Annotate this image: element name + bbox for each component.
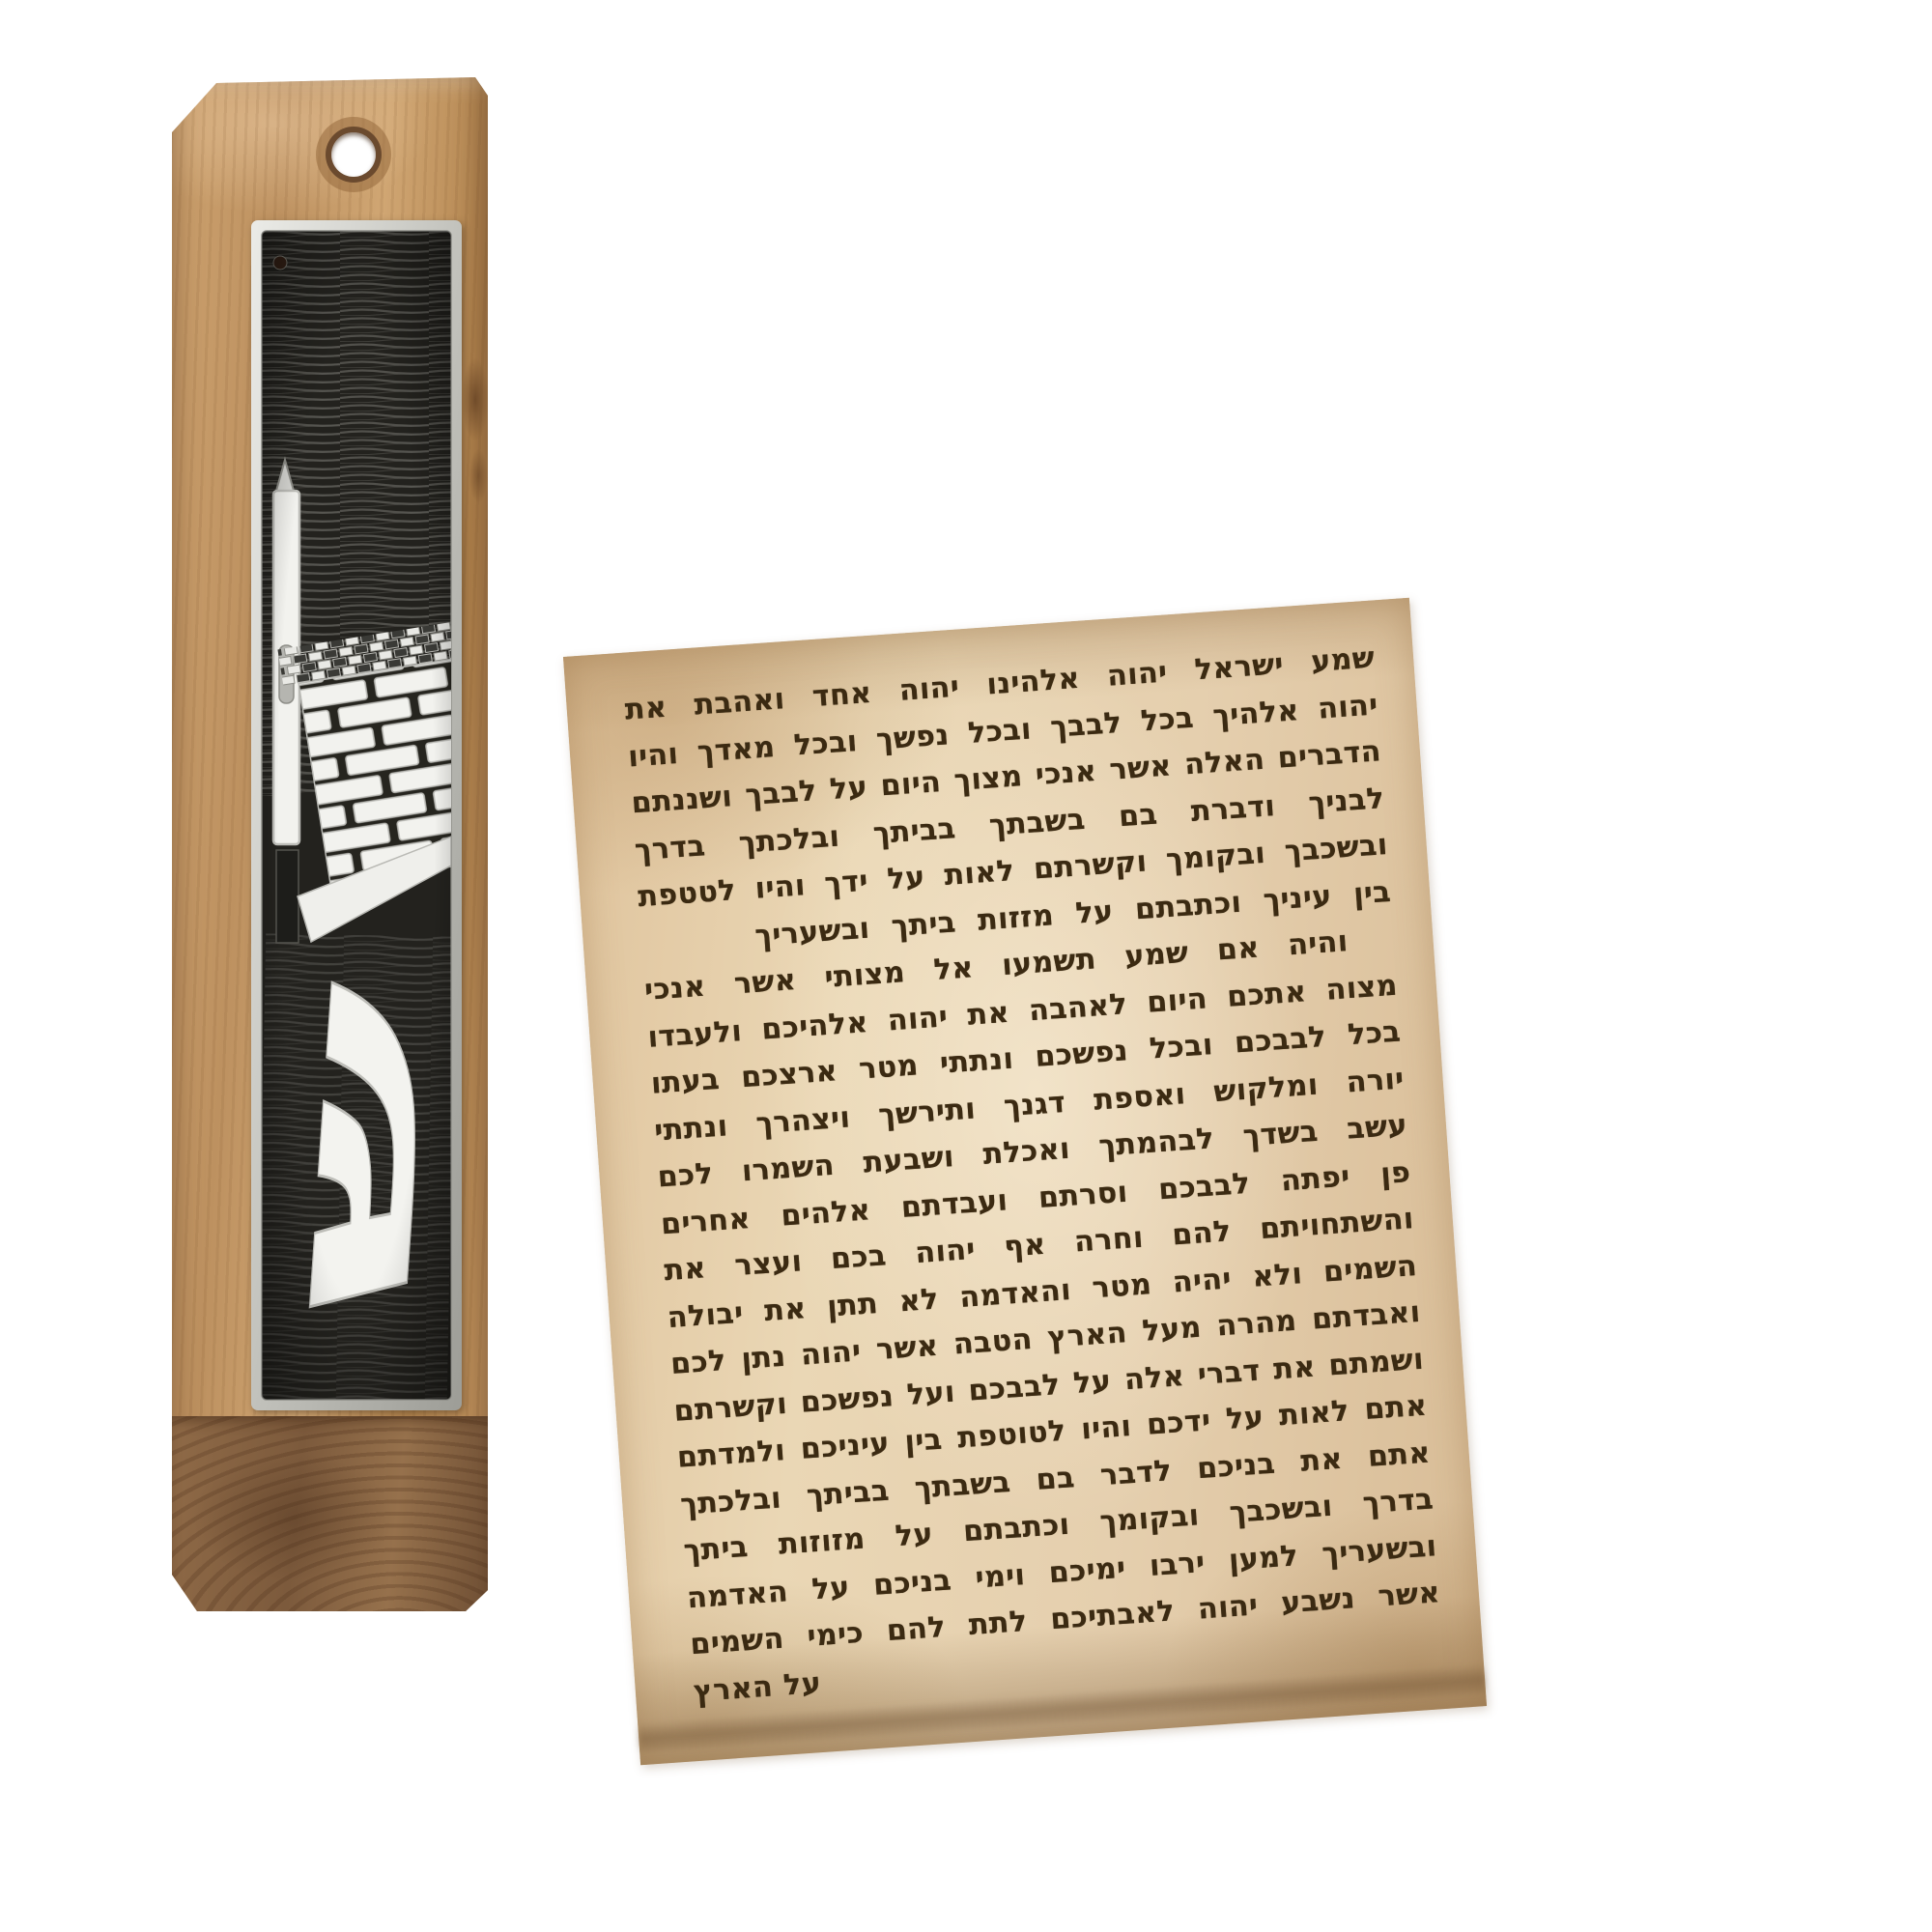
- scroll-text: שמע ישראל יהוה אלהינו יהוה אחד ואהבת אתי…: [623, 635, 1445, 1716]
- western-wall-plaque: ש: [251, 220, 462, 1410]
- klaf-scroll: שמע ישראל יהוה אלהינו יהוה אחד ואהבת אתי…: [563, 598, 1487, 1765]
- mezuzah-case: ש: [172, 77, 488, 1611]
- wood-grain-bottom: [172, 1416, 488, 1611]
- product-photo: ש שמע ישראל יהוה אלהינו יהוה אחד ואהבת א…: [0, 0, 1932, 1932]
- nail-hole-top: [331, 132, 376, 177]
